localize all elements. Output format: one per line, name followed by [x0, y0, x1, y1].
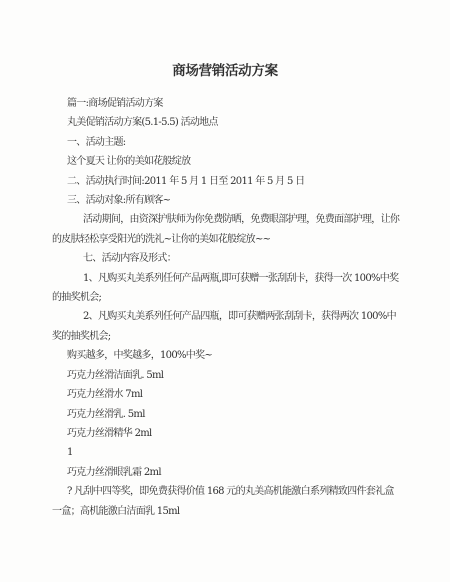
paragraph: 1	[52, 443, 400, 462]
document-title: 商场营销活动方案	[0, 61, 450, 81]
paragraph: 一、活动主题:	[52, 133, 400, 152]
paragraph: 2、凡购买丸美系列任何产品四瓶，即可获赠两张刮刮卡，获得两次 100%中奖的抽奖…	[52, 307, 400, 346]
paragraph: 活动期间，由资深护肤师为你免费防晒，免费眼部护理，免费面部护理，让你的皮肤轻松享…	[52, 210, 400, 249]
document-body: 篇一:商场促销活动方案丸美促销活动方案(5.1-5.5) 活动地点一、活动主题:…	[52, 94, 400, 521]
paragraph: ? 凡刮中四等奖，即免费获得价值 168 元的丸美高机能激白系列精致四件套礼盒一…	[52, 482, 400, 521]
paragraph: 这个夏天 让你的美如花般绽放	[52, 152, 400, 171]
paragraph: 二、活动执行时间:2011 年 5 月 1 日至 2011 年 5 月 5 日	[52, 172, 400, 191]
paragraph: 购买越多，中奖越多，100%中奖~	[52, 346, 400, 365]
paragraph: 三、活动对象:所有顾客~	[52, 191, 400, 210]
paragraph: 篇一:商场促销活动方案	[52, 94, 400, 113]
paragraph: 巧克力丝滑洁面乳. 5ml	[52, 366, 400, 385]
paragraph: 巧克力丝滑乳. 5ml	[52, 405, 400, 424]
paragraph: 巧克力丝滑眼乳霜 2ml	[52, 463, 400, 482]
paragraph: 巧克力丝滑精华 2ml	[52, 424, 400, 443]
paragraph: 巧克力丝滑水 7ml	[52, 385, 400, 404]
paragraph: 1、凡购买丸美系列任何产品两瓶,即可获赠一张刮刮卡，获得一次 100%中奖的抽奖…	[52, 269, 400, 308]
document-page: 商场营销活动方案 篇一:商场促销活动方案丸美促销活动方案(5.1-5.5) 活动…	[0, 0, 450, 582]
paragraph: 丸美促销活动方案(5.1-5.5) 活动地点	[52, 113, 400, 132]
paragraph: 七、活动内容及形式：	[52, 249, 400, 268]
